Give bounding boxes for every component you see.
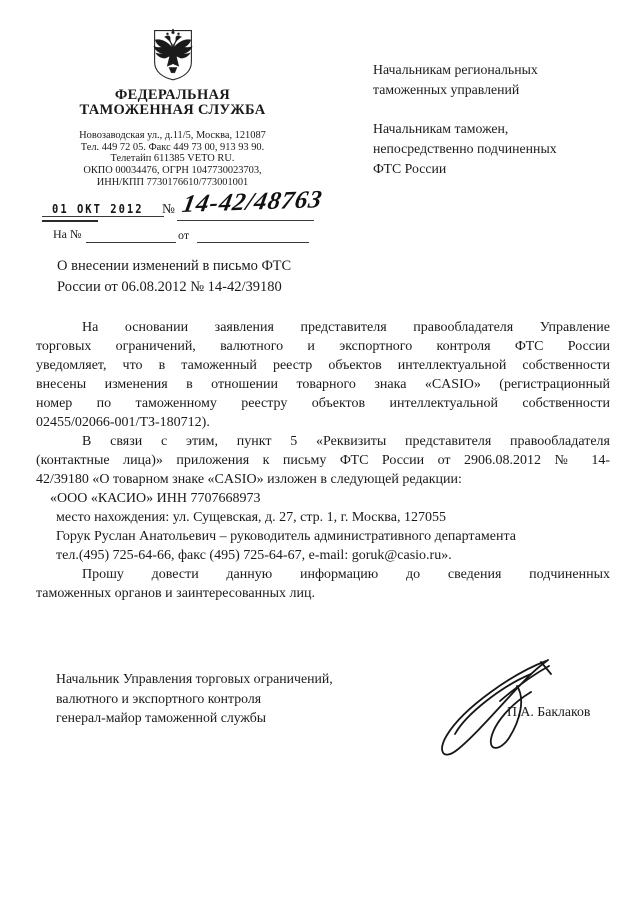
body-line: номер по таможенному реестру объектов ин… (36, 394, 610, 413)
number-field-underline (177, 220, 314, 221)
outgoing-number-handwritten: 14-42/48763 (180, 186, 326, 219)
number-sign-label: № (162, 201, 175, 217)
body-line: Прошу довести данную информацию до сведе… (36, 565, 610, 584)
recipients-block: Начальникам региональных таможенных упра… (373, 60, 608, 198)
address-line: Тел. 449 72 05. Факс 449 73 00, 913 93 9… (40, 142, 305, 154)
date-field-underline-fragment (42, 220, 98, 222)
body-line: Горук Руслан Анатольевич – руководитель … (36, 527, 610, 546)
recipient-group-2: Начальникам таможен, непосредственно под… (373, 119, 608, 179)
body-line: торговых ограничений, валютного и экспор… (36, 337, 610, 356)
subject-line2: России от 06.08.2012 № 14-42/39180 (57, 277, 357, 298)
address-line: Телетайп 611385 VETO RU. (40, 153, 305, 165)
document-page: ФЕДЕРАЛЬНАЯ ТАМОЖЕННАЯ СЛУЖБА Новозаводс… (0, 0, 640, 900)
reply-number-underline (86, 242, 176, 243)
address-line: ОКПО 00034476, ОГРН 1047730023703, (40, 165, 305, 177)
body-line: уведомляет, что в таможенный реестр объе… (36, 356, 610, 375)
letter-body: На основании заявления представителя пра… (36, 318, 610, 603)
recipient-line: непосредственно подчиненных (373, 139, 608, 159)
body-line: таможенных органов и заинтересованных ли… (36, 584, 610, 603)
reply-date-underline (197, 242, 309, 243)
recipient-line: ФТС России (373, 159, 608, 179)
body-line: «ООО «КАСИО» ИНН 7707668973 (36, 489, 610, 508)
signer-position-block: Начальник Управления торговых ограничени… (56, 669, 386, 728)
subject-block: О внесении изменений в письмо ФТС России… (57, 256, 357, 297)
signer-position-line: валютного и экспортного контроля (56, 689, 386, 709)
body-line: тел.(495) 725-64-66, факс (495) 725-64-6… (36, 546, 610, 565)
double-headed-eagle-icon (150, 26, 196, 83)
date-stamp: 01 ОКТ 2012 (52, 202, 162, 216)
handwritten-signature-icon (430, 653, 570, 765)
recipient-line: таможенных управлений (373, 80, 608, 100)
date-field-underline (42, 216, 164, 217)
body-line: На основании заявления представителя пра… (36, 318, 610, 337)
body-line: (контактные лица)» приложения к письму Ф… (36, 451, 610, 470)
recipient-line: Начальникам таможен, (373, 119, 608, 139)
reply-to-number-label: На № (53, 227, 81, 242)
letterhead: ФЕДЕРАЛЬНАЯ ТАМОЖЕННАЯ СЛУЖБА Новозаводс… (40, 26, 305, 189)
body-line: В связи с этим, пункт 5 «Реквизиты предс… (36, 432, 610, 451)
signer-position-line: Начальник Управления торговых ограничени… (56, 669, 386, 689)
reply-date-label: от (178, 228, 189, 243)
address-line: ИНН/КПП 7730176610/773001001 (40, 177, 305, 189)
recipient-line: Начальникам региональных (373, 60, 608, 80)
org-name-line1: ФЕДЕРАЛЬНАЯ (40, 88, 305, 103)
subject-line1: О внесении изменений в письмо ФТС (57, 256, 357, 277)
body-line: место нахождения: ул. Сущевская, д. 27, … (36, 508, 610, 527)
signer-position-line: генерал-майор таможенной службы (56, 708, 386, 728)
org-address-block: Новозаводская ул., д.11/5, Москва, 12108… (40, 130, 305, 189)
recipient-group-1: Начальникам региональных таможенных упра… (373, 60, 608, 100)
body-line: 42/39180 «О товарном знаке «CASIO» излож… (36, 470, 610, 489)
body-line: внесены изменения в отношении товарного … (36, 375, 610, 394)
address-line: Новозаводская ул., д.11/5, Москва, 12108… (40, 130, 305, 142)
body-line: 02455/02066-001/ТЗ-180712). (36, 413, 610, 432)
org-name-line2: ТАМОЖЕННАЯ СЛУЖБА (40, 103, 305, 118)
org-name: ФЕДЕРАЛЬНАЯ ТАМОЖЕННАЯ СЛУЖБА (40, 88, 305, 118)
